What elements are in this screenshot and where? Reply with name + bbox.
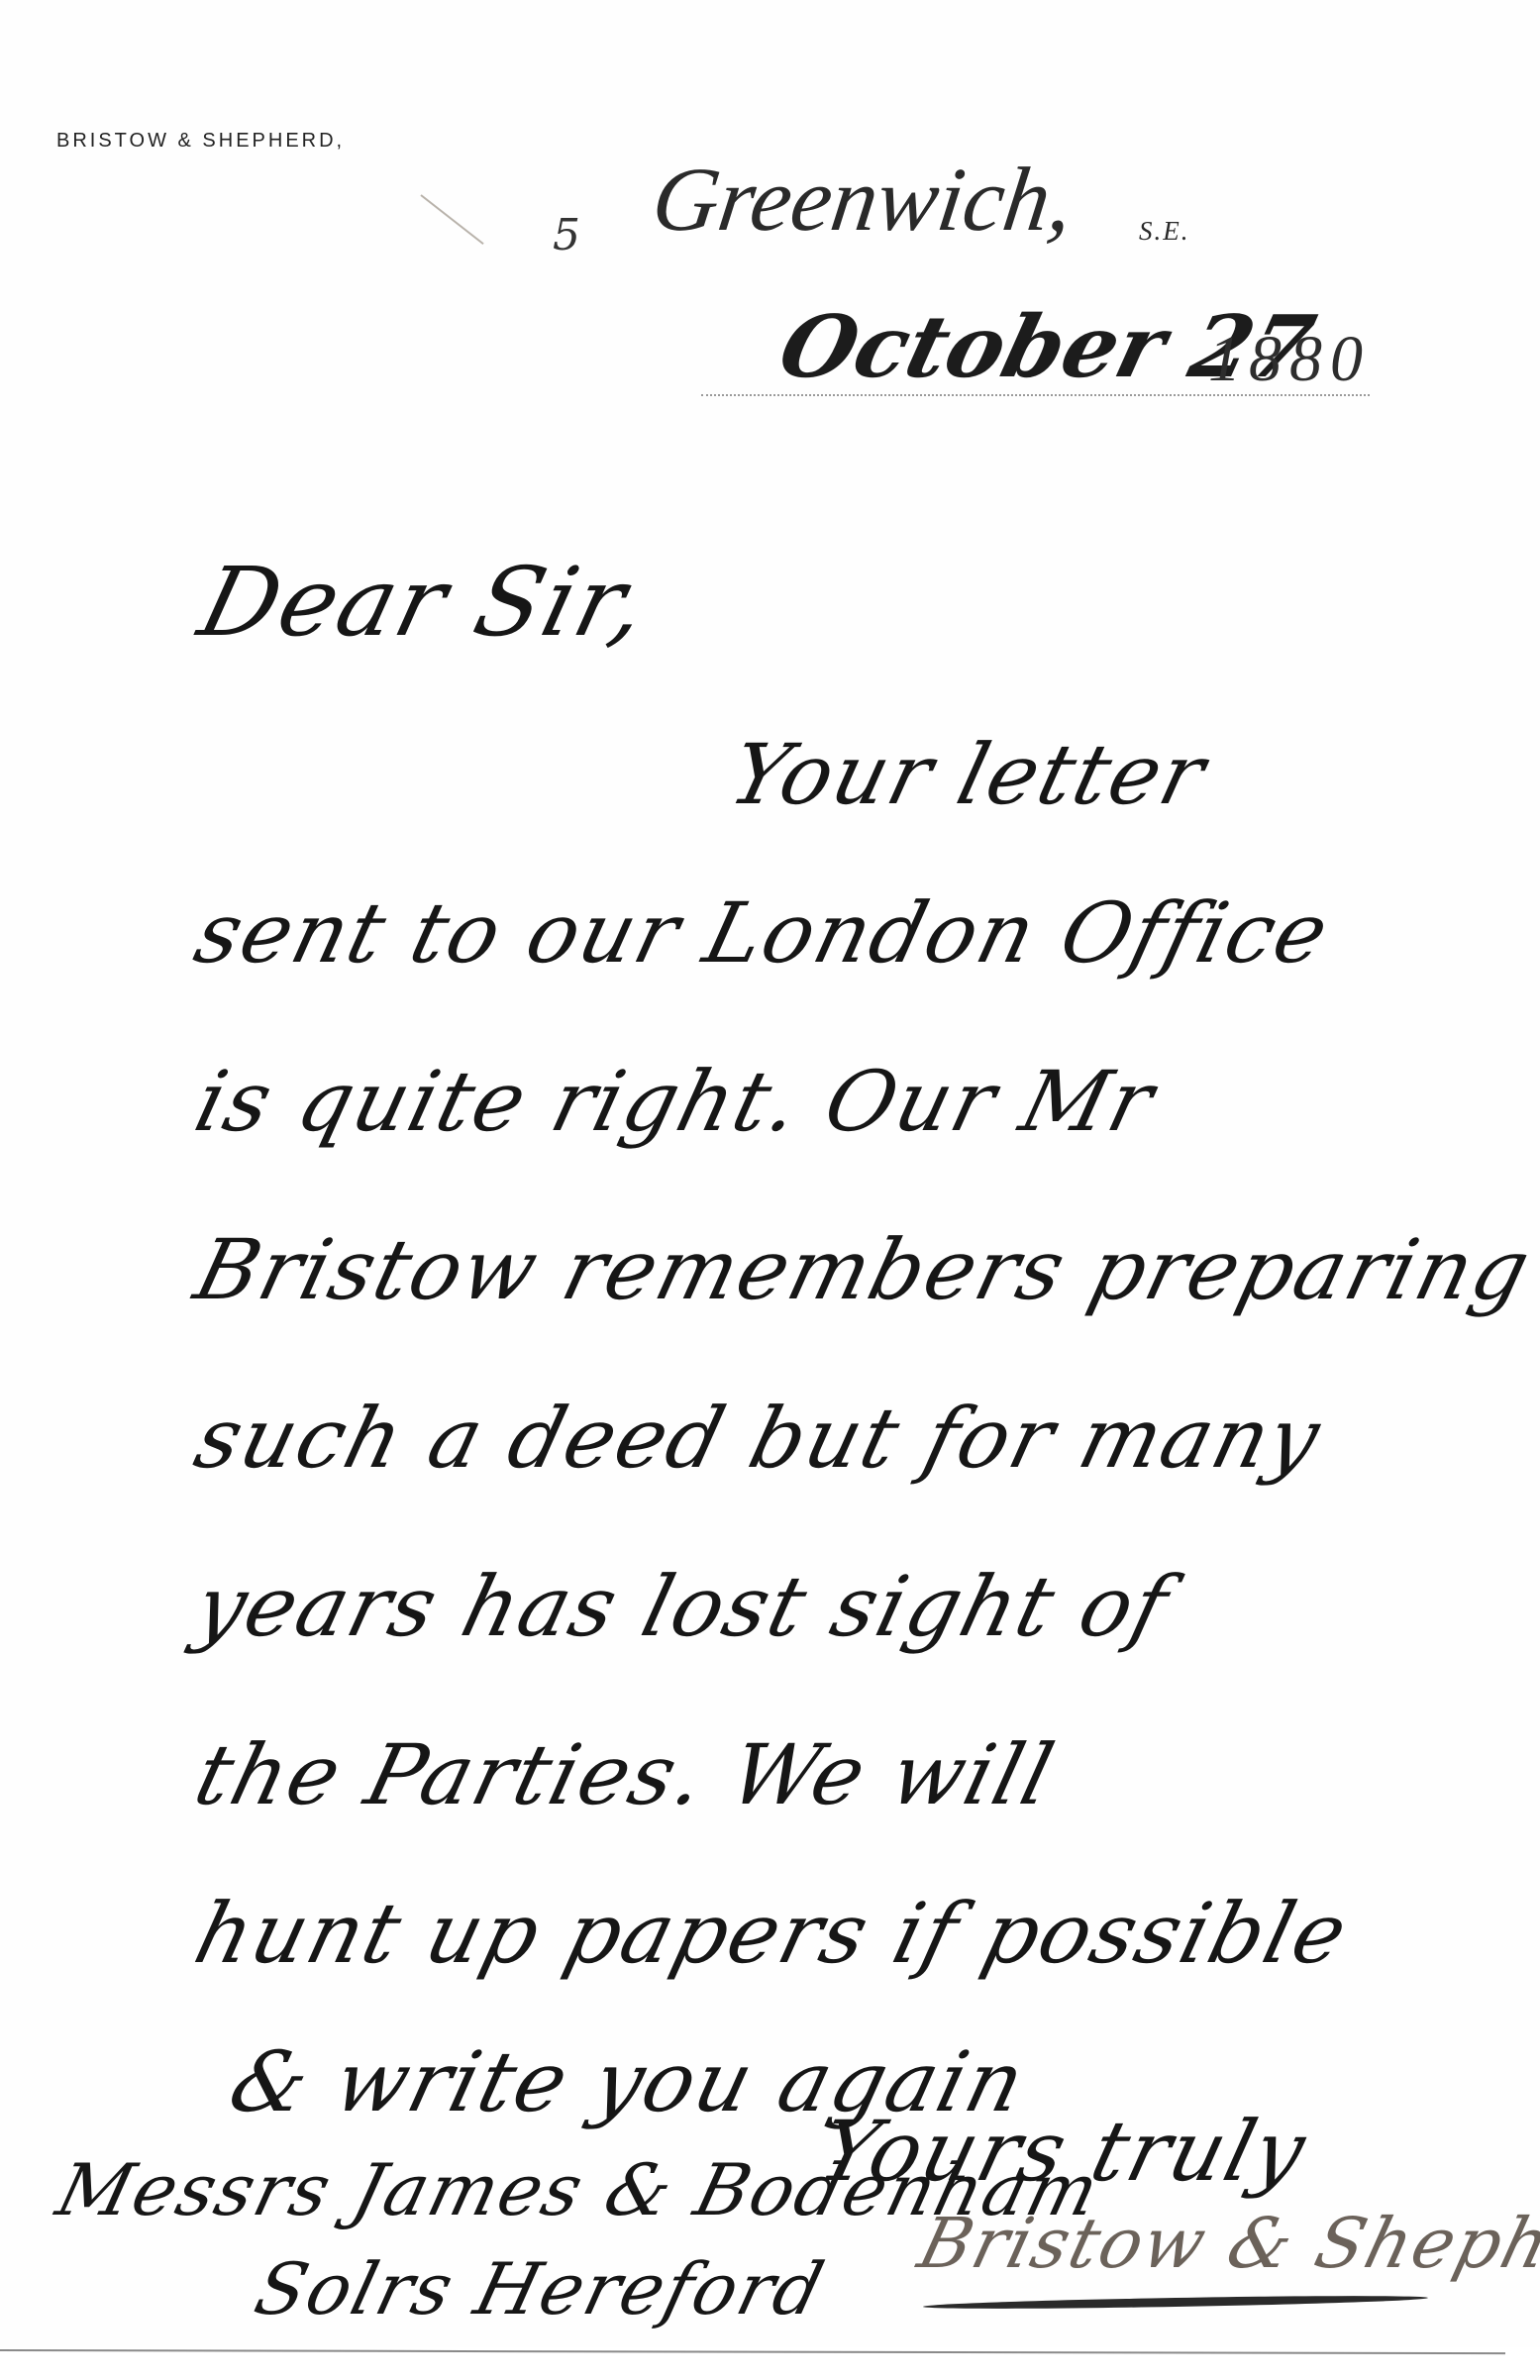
body-line-3: is quite right. Our Mr bbox=[188, 1060, 1164, 1143]
salutation: Dear Sir, bbox=[191, 555, 659, 650]
signature: Bristow & Shepherd bbox=[912, 2209, 1540, 2278]
letter-sheet: BRISTOW & SHEPHERD, 5 Greenwich, S.E. Oc… bbox=[0, 0, 1540, 2347]
body-line-8: hunt up papers if possible bbox=[188, 1892, 1357, 1975]
paper-bottom-edge bbox=[0, 2349, 1505, 2354]
body-line-6: years has lost sight of bbox=[188, 1565, 1178, 1648]
stray-pencil-mark bbox=[420, 194, 483, 245]
date-year: 1880 bbox=[1208, 322, 1371, 397]
closing: Yours truly bbox=[812, 2110, 1315, 2193]
body-line-5: such a deed but for many bbox=[188, 1397, 1330, 1480]
signature-underline bbox=[923, 2294, 1428, 2312]
letterhead-firm-name: BRISTOW & SHEPHERD, bbox=[56, 130, 345, 153]
date-dotted-rule bbox=[701, 394, 1370, 396]
body-line-2: sent to our London Office bbox=[188, 891, 1338, 975]
body-line-1: Your letter bbox=[723, 733, 1215, 816]
reference-mark: 5 bbox=[553, 210, 580, 260]
letterhead-place: Greenwich, bbox=[648, 154, 1079, 245]
letterhead-district: S.E. bbox=[1139, 216, 1190, 247]
body-line-7: the Parties. We will bbox=[188, 1733, 1063, 1816]
body-line-4: Bristow remembers preparing bbox=[188, 1228, 1539, 1311]
addressee-line-2: Solrs Hereford bbox=[249, 2253, 832, 2325]
